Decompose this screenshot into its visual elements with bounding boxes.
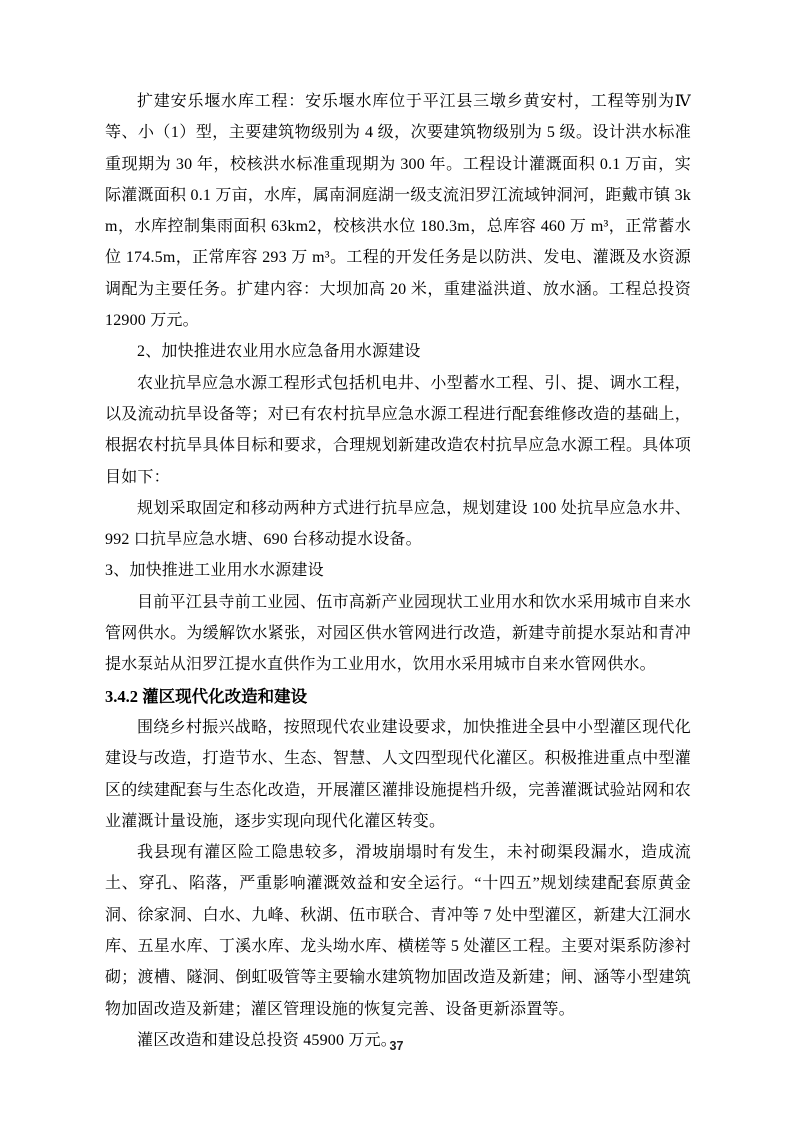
document-body: 扩建安乐堰水库工程：安乐堰水库位于平江县三墩乡黄安村，工程等别为Ⅳ等、小（1）型… (105, 86, 691, 1056)
paragraph-drought-emergency: 农业抗旱应急水源工程形式包括机电井、小型蓄水工程、引、提、调水工程，以及流动抗旱… (105, 368, 691, 493)
section-heading-342: 3.4.2 灌区现代化改造和建设 (105, 681, 691, 712)
page-number: 37 (0, 1036, 793, 1056)
paragraph-irrigation-risks: 我县现有灌区险工隐患较多，滑坡崩塌时有发生，未衬砌渠段漏水，造成流土、穿孔、陷落… (105, 837, 691, 1025)
paragraph-irrigation-modernization: 围绕乡村振兴战略，按照现代农业建设要求，加快推进全县中小型灌区现代化建设与改造，… (105, 712, 691, 837)
paragraph-reservoir-expansion: 扩建安乐堰水库工程：安乐堰水库位于平江县三墩乡黄安村，工程等别为Ⅳ等、小（1）型… (105, 86, 691, 336)
list-item-heading-2: 2、加快推进农业用水应急备用水源建设 (105, 336, 691, 367)
paragraph-drought-plan: 规划采取固定和移动两种方式进行抗旱应急，规划建设 100 处抗旱应急水井、992… (105, 493, 691, 556)
document-page: 扩建安乐堰水库工程：安乐堰水库位于平江县三墩乡黄安村，工程等别为Ⅳ等、小（1）型… (0, 0, 793, 1122)
list-item-heading-3: 3、加快推进工业用水水源建设 (105, 555, 691, 586)
paragraph-industrial-water: 目前平江县寺前工业园、伍市高新产业园现状工业用水和饮水采用城市自来水管网供水。为… (105, 587, 691, 681)
